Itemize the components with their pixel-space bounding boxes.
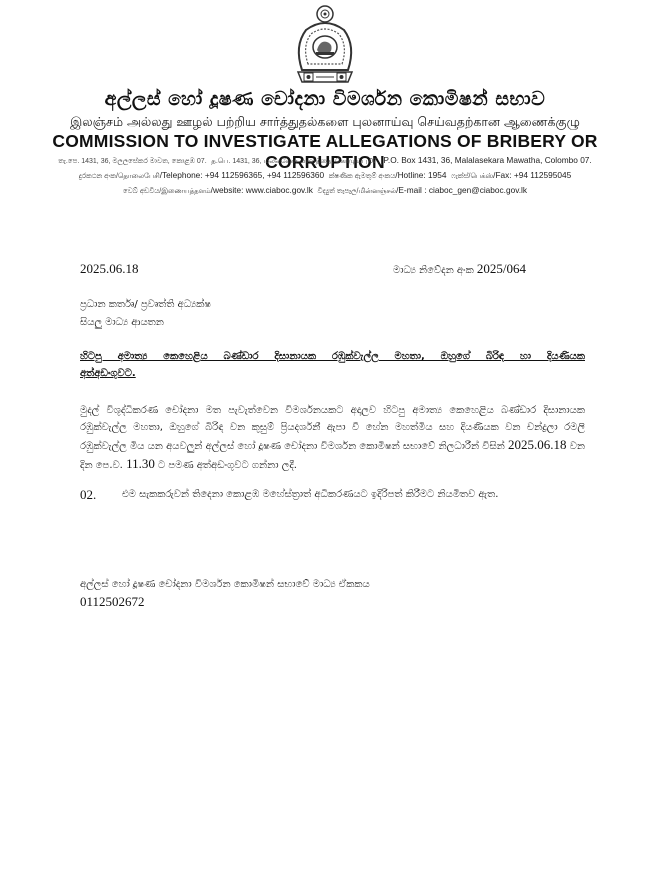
web-line: වෙබ් අඩවිය/இணையத்தளம்/website: www.ciabo… xyxy=(0,185,650,196)
fax-label-si: ෆැක්ස් xyxy=(451,173,468,180)
hotline-label: Hotline: xyxy=(398,170,426,180)
commission-title-tamil: இலஞ்சம் அல்லது ஊழல் பற்றிய சார்த்துதல்கள… xyxy=(0,114,650,131)
hotline-value: 1954 xyxy=(428,170,446,180)
signoff-phone: 0112502672 xyxy=(80,593,370,610)
fax-label: Fax: xyxy=(495,170,511,180)
signoff: අල්ලස් හෝ දූෂණ චෝදනා විමර්ශන කොමිෂන් සභා… xyxy=(80,576,370,610)
website-label: website: xyxy=(213,185,243,195)
paragraph-1-date: 2025.06.18 xyxy=(508,437,567,452)
address-sinhala: තැ.පෙ. 1431, 36, මලලසේකර මාවත, කොළඹ 07. xyxy=(58,158,206,165)
national-emblem-icon xyxy=(290,2,360,84)
address-line: තැ.පෙ. 1431, 36, මලලසේකර මාවත, කොළඹ 07. … xyxy=(0,155,650,166)
telephone-value: +94 112596365, +94 112596360 xyxy=(205,170,324,180)
fax-label-ta: பெக்ஸ் xyxy=(470,173,493,180)
paragraph-1-time: 11.30 xyxy=(126,456,155,471)
paragraph-2-number: 02. xyxy=(80,486,122,503)
telephone-label: Telephone: xyxy=(162,170,203,180)
paragraph-2-text: එම සැකකරුවන් තිදෙනා කොළඹ මහේස්ත්‍රාත් අධ… xyxy=(122,486,498,503)
email-link[interactable]: ciaboc_gen@ciaboc.gov.lk xyxy=(429,185,527,195)
telephone-label-ta: தொலைபேசி xyxy=(118,173,160,180)
email-label: E-mail : xyxy=(398,185,426,195)
telephone-label-si: දුරකථන අංක xyxy=(79,173,116,180)
paragraph-1: මුදල් විශුද්ධිකරණ චෝදනා මත පැවැත්වෙන විම… xyxy=(80,402,585,474)
media-release-number: මාධ්‍ය නිවේදන අංක 2025/064 xyxy=(393,261,526,277)
release-number: 2025/064 xyxy=(477,261,526,276)
address-english: P.O. Box 1431, 36, Malalasekara Mawatha,… xyxy=(383,155,591,165)
paragraph-2: 02. එම සැකකරුවන් තිදෙනා කොළඹ මහේස්ත්‍රාත… xyxy=(80,486,585,503)
website-label-si: වෙබ් අඩවිය xyxy=(123,188,159,195)
phone-line: දුරකථන අංක/தொலைபேசி/Telephone: +94 11259… xyxy=(0,170,650,181)
email-label-ta: மின்னஞ்சல் xyxy=(358,188,396,195)
email-label-si: විද්‍යුත් තැපෑල xyxy=(318,188,357,195)
subject-heading: හිටපු අමාත්‍ය කෙහෙළිය බණ්ඩාර දිසානායක රඹ… xyxy=(80,348,585,382)
fax-value: +94 112595045 xyxy=(514,170,571,180)
recipient-line: සියලු මාධ්‍ය ආයතන xyxy=(80,314,211,332)
address-tamil: த.பெ. 1431, 36, மலலசேகர மாவத்தை, கொழும்ப… xyxy=(211,158,379,165)
recipient-line: ප්‍රධාන කර්තෘ/ ප්‍රවෘත්ති අධ්‍යක්ෂ xyxy=(80,296,211,314)
website-link[interactable]: www.ciaboc.gov.lk xyxy=(246,185,313,195)
commission-title-sinhala: අල්ලස් හෝ දූෂණ චෝදනා විමර්ශන කොමිෂන් සභා… xyxy=(0,88,650,110)
website-label-ta: இணையத்தளம் xyxy=(161,188,210,195)
hotline-label-si: ක්ෂණික ඇමතුම් අංකය xyxy=(329,173,396,180)
document-date: 2025.06.18 xyxy=(80,261,139,277)
signoff-unit: අල්ලස් හෝ දූෂණ චෝදනා විමර්ශන කොමිෂන් සභා… xyxy=(80,576,370,593)
release-label: මාධ්‍ය නිවේදන අංක xyxy=(393,265,474,276)
recipients: ප්‍රධාන කර්තෘ/ ප්‍රවෘත්ති අධ්‍යක්ෂ සියලු… xyxy=(80,296,211,332)
commission-title-english: COMMISSION TO INVESTIGATE ALLEGATIONS OF… xyxy=(0,131,650,173)
paragraph-1-end: ට පමණ අත්අඩංගුවට ගන්නා ලදී. xyxy=(158,460,297,471)
